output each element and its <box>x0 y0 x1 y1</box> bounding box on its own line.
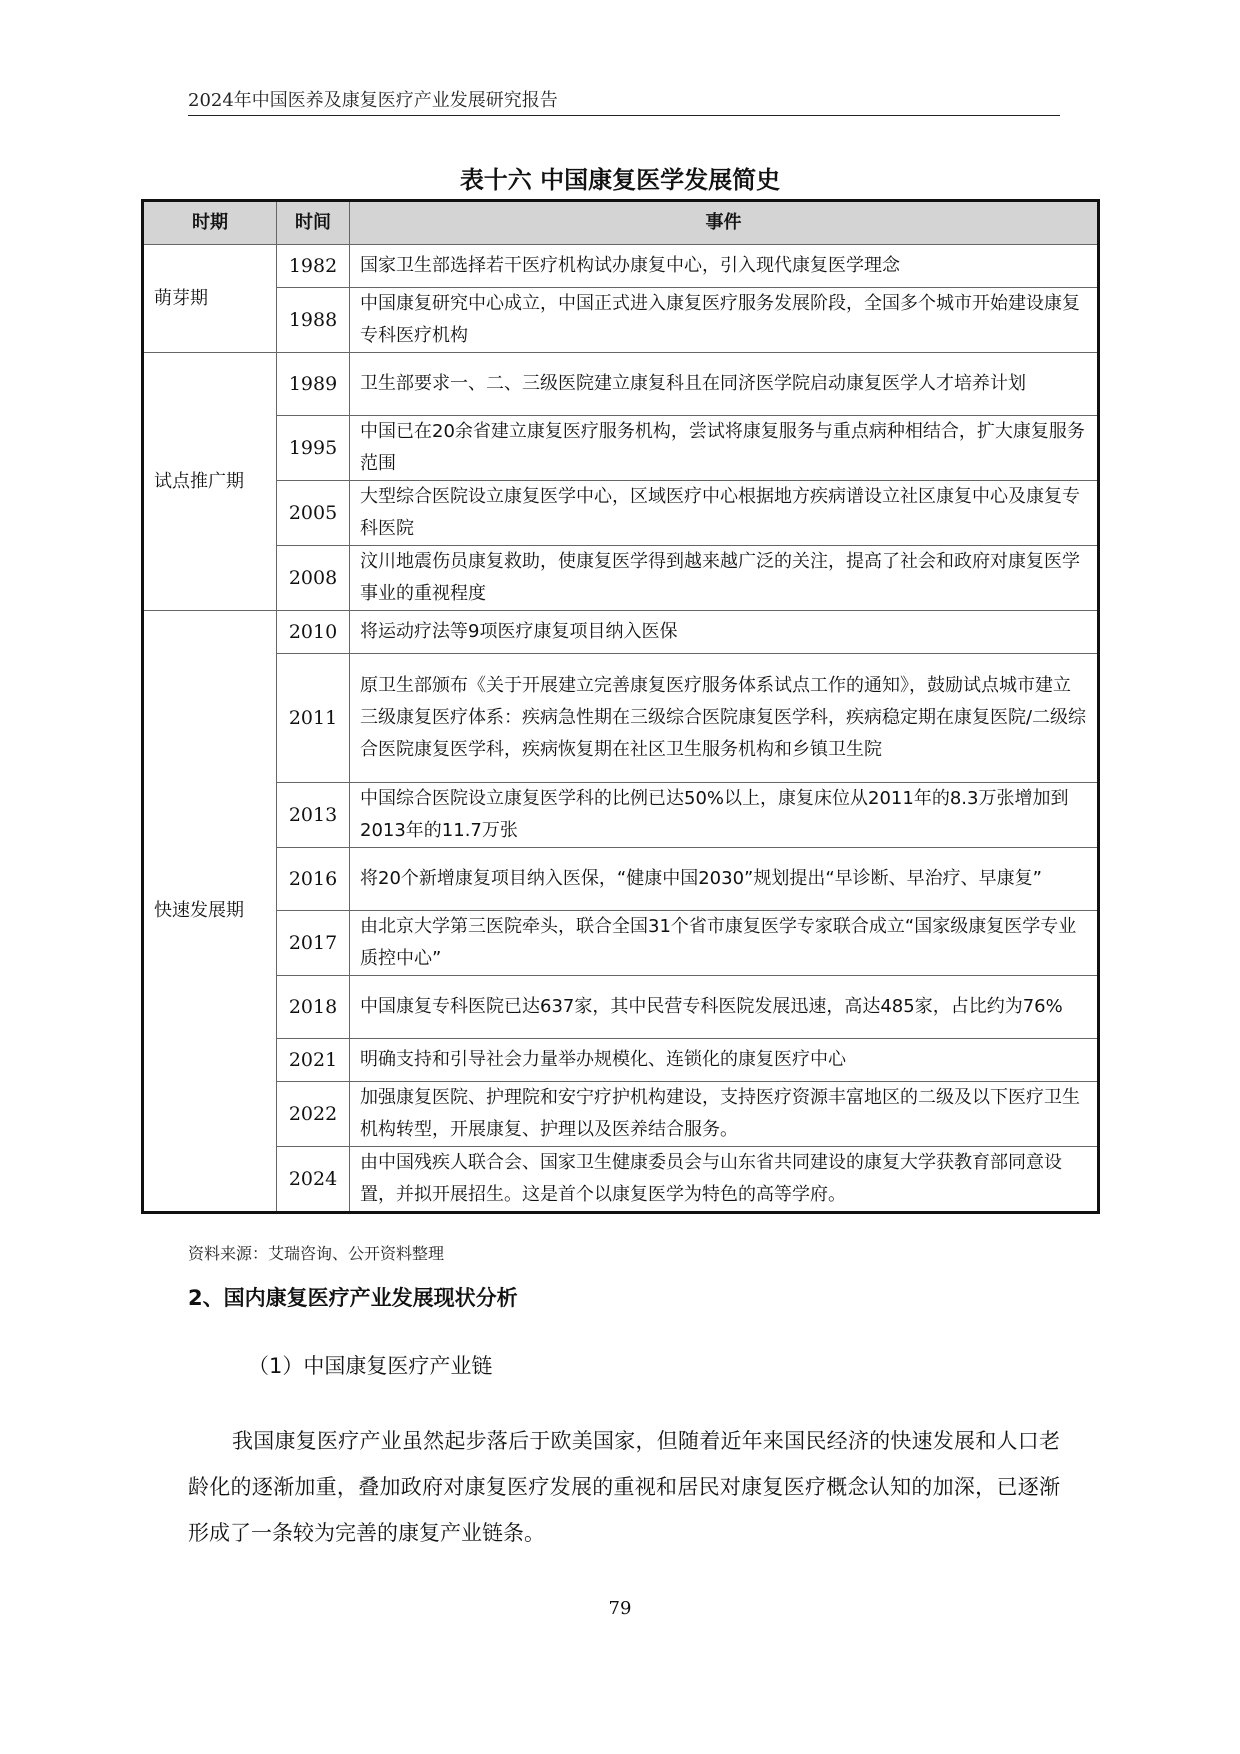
table-row: 2011 原卫生部颁布《关于开展建立完善康复医疗服务体系试点工作的通知》，鼓励试… <box>143 654 1099 783</box>
event-cell: 国家卫生部选择若干医疗机构试办康复中心，引入现代康复医学理念 <box>350 245 1099 288</box>
year-cell: 1995 <box>277 416 350 481</box>
year-cell: 1989 <box>277 353 350 416</box>
period-cell: 萌芽期 <box>143 245 277 353</box>
year-cell: 2013 <box>277 783 350 848</box>
year-cell: 2022 <box>277 1082 350 1147</box>
event-cell: 原卫生部颁布《关于开展建立完善康复医疗服务体系试点工作的通知》，鼓励试点城市建立… <box>350 654 1099 783</box>
event-cell: 将运动疗法等9项医疗康复项目纳入医保 <box>350 611 1099 654</box>
table-row: 2005 大型综合医院设立康复医学中心，区域医疗中心根据地方疾病谱设立社区康复中… <box>143 481 1099 546</box>
period-cell: 快速发展期 <box>143 611 277 1213</box>
table-row: 2016 将20个新增康复项目纳入医保，“健康中国2030”规划提出“早诊断、早… <box>143 848 1099 911</box>
table-caption: 表十六 中国康复医学发展简史 <box>0 160 1240 195</box>
table-row: 1988 中国康复研究中心成立，中国正式进入康复医疗服务发展阶段，全国多个城市开… <box>143 288 1099 353</box>
table-header-row: 时期 时间 事件 <box>143 201 1099 245</box>
column-header-event: 事件 <box>350 201 1099 245</box>
table-row: 2024 由中国残疾人联合会、国家卫生健康委员会与山东省共同建设的康复大学获教育… <box>143 1147 1099 1213</box>
year-cell: 2011 <box>277 654 350 783</box>
year-cell: 2008 <box>277 546 350 611</box>
year-cell: 1988 <box>277 288 350 353</box>
event-cell: 中国综合医院设立康复医学科的比例已达50%以上，康复床位从2011年的8.3万张… <box>350 783 1099 848</box>
subsection-heading: （1）中国康复医疗产业链 <box>248 1350 492 1380</box>
body-paragraph: 我国康复医疗产业虽然起步落后于欧美国家，但随着近年来国民经济的快速发展和人口老龄… <box>188 1418 1060 1556</box>
source-note: 资料来源：艾瑞咨询、公开资料整理 <box>188 1241 444 1264</box>
table-row: 2018 中国康复专科医院已达637家，其中民营专科医院发展迅速，高达485家，… <box>143 976 1099 1039</box>
period-cell: 试点推广期 <box>143 353 277 611</box>
column-header-year: 时间 <box>277 201 350 245</box>
event-cell: 卫生部要求一、二、三级医院建立康复科且在同济医学院启动康复医学人才培养计划 <box>350 353 1099 416</box>
event-cell: 中国康复专科医院已达637家，其中民营专科医院发展迅速，高达485家，占比约为7… <box>350 976 1099 1039</box>
event-cell: 由中国残疾人联合会、国家卫生健康委员会与山东省共同建设的康复大学获教育部同意设置… <box>350 1147 1099 1213</box>
year-cell: 1982 <box>277 245 350 288</box>
header-rule <box>188 115 1060 116</box>
event-cell: 加强康复医院、护理院和安宁疗护机构建设，支持医疗资源丰富地区的二级及以下医疗卫生… <box>350 1082 1099 1147</box>
year-cell: 2005 <box>277 481 350 546</box>
event-cell: 由北京大学第三医院牵头，联合全国31个省市康复医学专家联合成立“国家级康复医学专… <box>350 911 1099 976</box>
event-cell: 中国康复研究中心成立，中国正式进入康复医疗服务发展阶段，全国多个城市开始建设康复… <box>350 288 1099 353</box>
year-cell: 2010 <box>277 611 350 654</box>
table-row: 2017 由北京大学第三医院牵头，联合全国31个省市康复医学专家联合成立“国家级… <box>143 911 1099 976</box>
table-row: 1995 中国已在20余省建立康复医疗服务机构，尝试将康复服务与重点病种相结合，… <box>143 416 1099 481</box>
year-cell: 2021 <box>277 1039 350 1082</box>
table-row: 萌芽期 1982 国家卫生部选择若干医疗机构试办康复中心，引入现代康复医学理念 <box>143 245 1099 288</box>
year-cell: 2018 <box>277 976 350 1039</box>
table-row: 2008 汶川地震伤员康复救助，使康复医学得到越来越广泛的关注，提高了社会和政府… <box>143 546 1099 611</box>
event-cell: 大型综合医院设立康复医学中心，区域医疗中心根据地方疾病谱设立社区康复中心及康复专… <box>350 481 1099 546</box>
page-number: 79 <box>0 1598 1240 1619</box>
table-row: 快速发展期 2010 将运动疗法等9项医疗康复项目纳入医保 <box>143 611 1099 654</box>
rehab-history-table: 时期 时间 事件 萌芽期 1982 国家卫生部选择若干医疗机构试办康复中心，引入… <box>141 199 1100 1214</box>
event-cell: 中国已在20余省建立康复医疗服务机构，尝试将康复服务与重点病种相结合，扩大康复服… <box>350 416 1099 481</box>
table-row: 2022 加强康复医院、护理院和安宁疗护机构建设，支持医疗资源丰富地区的二级及以… <box>143 1082 1099 1147</box>
event-cell: 将20个新增康复项目纳入医保，“健康中国2030”规划提出“早诊断、早治疗、早康… <box>350 848 1099 911</box>
event-cell: 明确支持和引导社会力量举办规模化、连锁化的康复医疗中心 <box>350 1039 1099 1082</box>
table-row: 试点推广期 1989 卫生部要求一、二、三级医院建立康复科且在同济医学院启动康复… <box>143 353 1099 416</box>
table-row: 2021 明确支持和引导社会力量举办规模化、连锁化的康复医疗中心 <box>143 1039 1099 1082</box>
year-cell: 2016 <box>277 848 350 911</box>
running-header-title: 2024年中国医养及康复医疗产业发展研究报告 <box>188 86 558 112</box>
event-cell: 汶川地震伤员康复救助，使康复医学得到越来越广泛的关注，提高了社会和政府对康复医学… <box>350 546 1099 611</box>
section-heading: 2、国内康复医疗产业发展现状分析 <box>188 1282 518 1312</box>
column-header-period: 时期 <box>143 201 277 245</box>
table-row: 2013 中国综合医院设立康复医学科的比例已达50%以上，康复床位从2011年的… <box>143 783 1099 848</box>
year-cell: 2017 <box>277 911 350 976</box>
year-cell: 2024 <box>277 1147 350 1213</box>
